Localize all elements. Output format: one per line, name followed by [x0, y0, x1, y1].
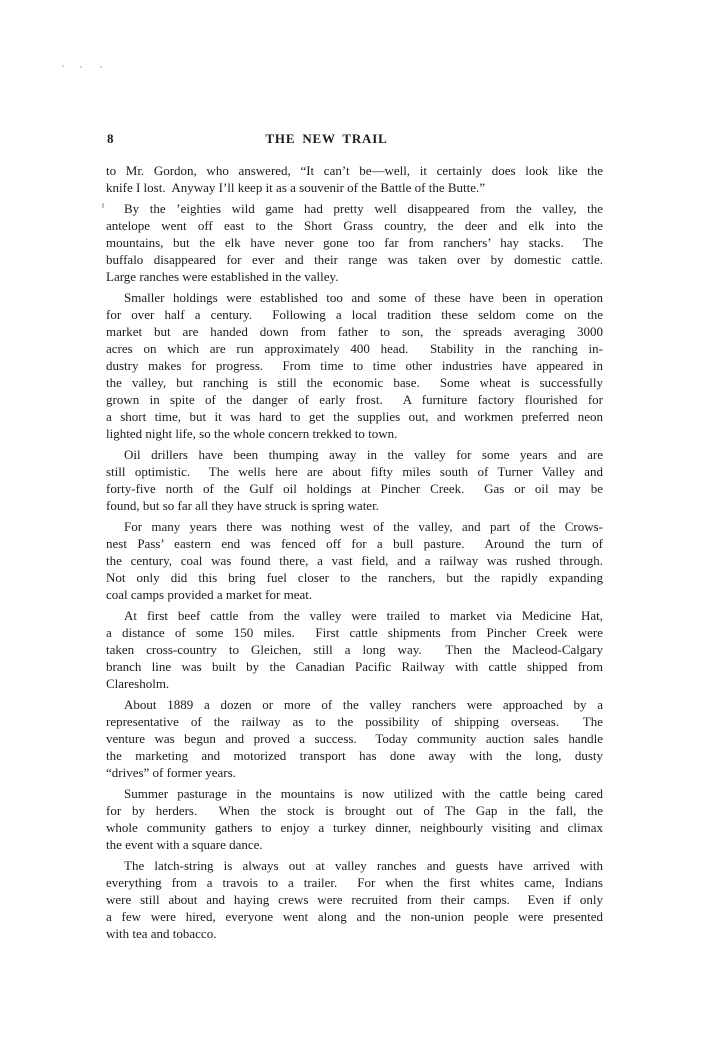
text-line: a distance of some 150 miles. First catt…: [106, 624, 603, 641]
paragraph: By the ’eighties wild game had pretty we…: [106, 200, 603, 285]
paragraph: For many years there was nothing west of…: [106, 518, 603, 603]
text-line: for over half a century. Following a loc…: [106, 306, 603, 323]
text-line: Summer pasturage in the mountains is now…: [106, 785, 603, 802]
page-content: 8 THE NEW TRAIL to Mr. Gordon, who answe…: [106, 131, 603, 942]
scan-speck: [80, 66, 82, 68]
paragraph: Oil drillers have been thumping away in …: [106, 446, 603, 514]
page-body: to Mr. Gordon, who answered, “It can’t b…: [106, 162, 603, 942]
text-line: Oil drillers have been thumping away in …: [106, 446, 603, 463]
text-line: By the ’eighties wild game had pretty we…: [106, 200, 603, 217]
scan-speck: [100, 66, 102, 68]
text-line: market but are handed down from father t…: [106, 323, 603, 340]
text-line: buffalo disappeared for ever and their r…: [106, 251, 603, 268]
text-line: taken cross-country to Gleichen, still a…: [106, 641, 603, 658]
text-line: “drives” of former years.: [106, 764, 603, 781]
text-line: were still about and haying crews were r…: [106, 891, 603, 908]
text-line: lighted night life, so the whole concern…: [106, 425, 603, 442]
text-line: everything from a travois to a trailer. …: [106, 874, 603, 891]
text-line: grown in spite of the danger of early fr…: [106, 391, 603, 408]
text-line: the marketing and motorized transport ha…: [106, 747, 603, 764]
text-line: found, but so far all they have struck i…: [106, 497, 603, 514]
text-line: for by herders. When the stock is brough…: [106, 802, 603, 819]
text-line: mountains, but the elk have never gone t…: [106, 234, 603, 251]
text-line: antelope went off east to the Short Gras…: [106, 217, 603, 234]
text-line: still optimistic. The wells here are abo…: [106, 463, 603, 480]
text-line: Large ranches were established in the va…: [106, 268, 603, 285]
text-line: About 1889 a dozen or more of the valley…: [106, 696, 603, 713]
text-line: branch line was built by the Canadian Pa…: [106, 658, 603, 675]
running-head: 8 THE NEW TRAIL: [106, 131, 603, 145]
text-line: with tea and tobacco.: [106, 925, 603, 942]
running-title: THE NEW TRAIL: [78, 131, 575, 147]
text-line: nest Pass’ eastern end was fenced off fo…: [106, 535, 603, 552]
text-line: Smaller holdings were established too an…: [106, 289, 603, 306]
paragraph: The latch-string is always out at valley…: [106, 857, 603, 942]
scan-speck: [102, 203, 105, 208]
text-line: For many years there was nothing west of…: [106, 518, 603, 535]
book-page: 8 THE NEW TRAIL to Mr. Gordon, who answe…: [0, 0, 713, 1057]
scan-speck: [62, 65, 64, 67]
text-line: At first beef cattle from the valley wer…: [106, 607, 603, 624]
text-line: to Mr. Gordon, who answered, “It can’t b…: [106, 162, 603, 179]
text-line: Claresholm.: [106, 675, 603, 692]
text-line: a short time, but it was hard to get the…: [106, 408, 603, 425]
paragraph: Summer pasturage in the mountains is now…: [106, 785, 603, 853]
text-line: a few were hired, everyone went along an…: [106, 908, 603, 925]
text-line: forty-five north of the Gulf oil holding…: [106, 480, 603, 497]
text-line: knife I lost. Anyway I’ll keep it as a s…: [106, 179, 603, 196]
paragraph: At first beef cattle from the valley wer…: [106, 607, 603, 692]
text-line: venture was begun and proved a success. …: [106, 730, 603, 747]
text-line: acres on which are run approximately 400…: [106, 340, 603, 357]
text-line: representative of the railway as to the …: [106, 713, 603, 730]
text-line: dustry makes for progress. From time to …: [106, 357, 603, 374]
text-line: the valley, but ranching is still the ec…: [106, 374, 603, 391]
text-line: whole community gathers to enjoy a turke…: [106, 819, 603, 836]
paragraph: Smaller holdings were established too an…: [106, 289, 603, 442]
text-line: the century, coal was found there, a vas…: [106, 552, 603, 569]
paragraph: About 1889 a dozen or more of the valley…: [106, 696, 603, 781]
text-line: the event with a square dance.: [106, 836, 603, 853]
text-line: The latch-string is always out at valley…: [106, 857, 603, 874]
text-line: coal camps provided a market for meat.: [106, 586, 603, 603]
paragraph: to Mr. Gordon, who answered, “It can’t b…: [106, 162, 603, 196]
text-line: Not only did this bring fuel closer to t…: [106, 569, 603, 586]
